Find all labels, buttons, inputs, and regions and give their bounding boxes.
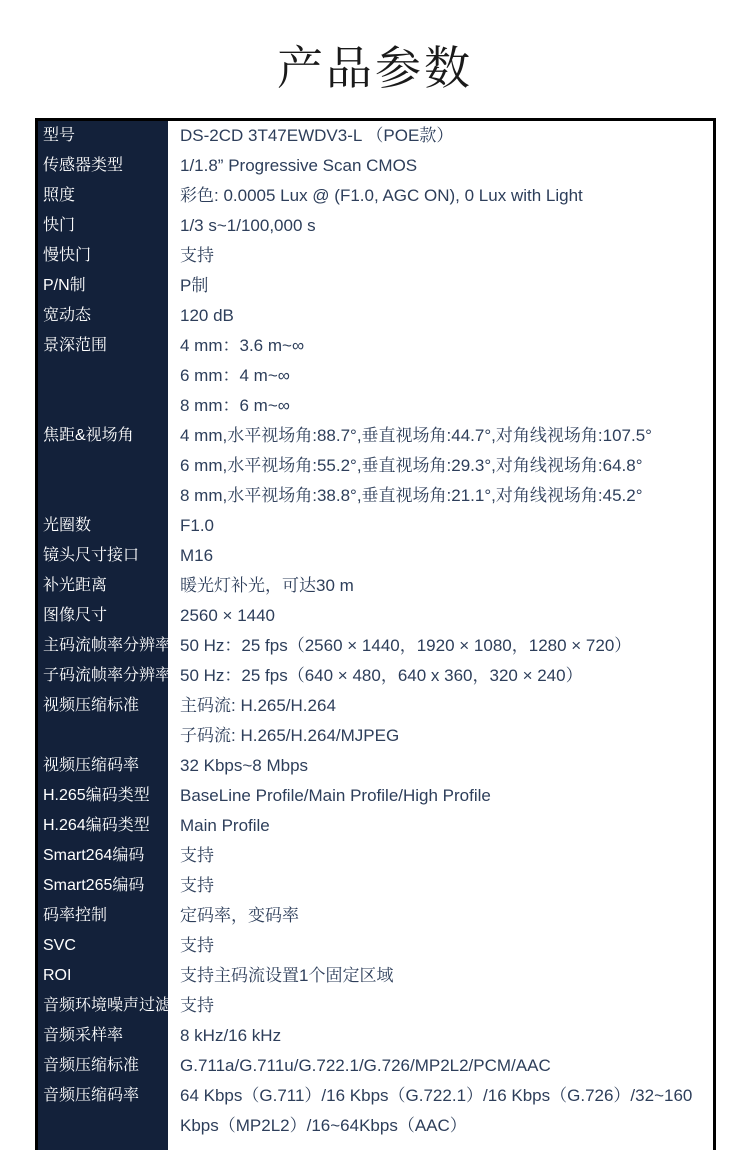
spec-value-line: 支持 <box>180 871 713 901</box>
spec-label: 补光距离 <box>38 571 168 601</box>
spec-row: 视频压缩标准主码流: H.265/H.264子码流: H.265/H.264/M… <box>38 691 713 751</box>
spec-label: 型号 <box>38 121 168 151</box>
spec-row: SVC支持 <box>38 931 713 961</box>
spec-value: 32 Kbps~8 Mbps <box>168 751 713 781</box>
spec-row: 音频压缩标准G.711a/G.711u/G.722.1/G.726/MP2L2/… <box>38 1051 713 1081</box>
spec-label: 视频压缩码率 <box>38 751 168 781</box>
spec-label: 音频压缩标准 <box>38 1051 168 1081</box>
spec-label: 照度 <box>38 181 168 211</box>
spec-row: 音频采样率8 kHz/16 kHz <box>38 1021 713 1051</box>
spec-row: 快门1/3 s~1/100,000 s <box>38 211 713 241</box>
spec-value-line: P制 <box>180 271 713 301</box>
spec-label: 焦距&视场角 <box>38 421 168 511</box>
spec-value-line: BaseLine Profile/Main Profile/High Profi… <box>180 781 713 811</box>
spec-value: G.711a/G.711u/G.722.1/G.726/MP2L2/PCM/AA… <box>168 1051 713 1081</box>
spec-value: 支持 <box>168 241 713 271</box>
spec-value-line: 暖光灯补光，可达30 m <box>180 571 713 601</box>
spec-value: 彩色: 0.0005 Lux @ (F1.0, AGC ON), 0 Lux w… <box>168 181 713 211</box>
spec-value-line: 64 Kbps（G.711）/16 Kbps（G.722.1）/16 Kbps（… <box>180 1081 713 1111</box>
spec-value-line: F1.0 <box>180 511 713 541</box>
spec-value: DS-2CD 3T47EWDV3-L （POE款） <box>168 121 713 151</box>
spec-value: 50 Hz：25 fps（2560 × 1440，1920 × 1080，128… <box>168 631 713 661</box>
spec-label: 宽动态 <box>38 301 168 331</box>
spec-label: Smart264编码 <box>38 841 168 871</box>
spec-row: 型号DS-2CD 3T47EWDV3-L （POE款） <box>38 121 713 151</box>
spec-value: 50 Hz：25 fps（640 × 480，640 x 360，320 × 2… <box>168 661 713 691</box>
spec-row: 宽动态120 dB <box>38 301 713 331</box>
spec-value-line: 支持 <box>180 991 713 1021</box>
spec-row: 补光距离暖光灯补光，可达30 m <box>38 571 713 601</box>
spec-row: 子码流帧率分辨率50 Hz：25 fps（640 × 480，640 x 360… <box>38 661 713 691</box>
spec-value: 1/1.8” Progressive Scan CMOS <box>168 151 713 181</box>
spec-label: 码率控制 <box>38 901 168 931</box>
spec-row: Smart265编码支持 <box>38 871 713 901</box>
spec-value-line: Main Profile <box>180 811 713 841</box>
spec-value: 支持 <box>168 991 713 1021</box>
spec-value-line: 支持 <box>180 841 713 871</box>
spec-value-line: DS-2CD 3T47EWDV3-L （POE款） <box>180 121 713 151</box>
spec-value-line: 50 Hz：25 fps（2560 × 1440，1920 × 1080，128… <box>180 631 713 661</box>
spec-label: 图像尺寸 <box>38 601 168 631</box>
spec-value-line: 支持 <box>180 931 713 961</box>
spec-row: 音频压缩码率64 Kbps（G.711）/16 Kbps（G.722.1）/16… <box>38 1081 713 1141</box>
spec-label: SVC <box>38 931 168 961</box>
spec-value: 4 mm,水平视场角:88.7°,垂直视场角:44.7°,对角线视场角:107.… <box>168 421 713 511</box>
spec-value: F1.0 <box>168 511 713 541</box>
spec-label: 光圈数 <box>38 511 168 541</box>
spec-value: BaseLine Profile/Main Profile/High Profi… <box>168 781 713 811</box>
spec-value-line: 4 mm：3.6 m~∞ <box>180 331 713 361</box>
spec-value-line: 支持 <box>180 241 713 271</box>
spec-value-line: 定码率，变码率 <box>180 901 713 931</box>
spec-label: 视频压缩标准 <box>38 691 168 751</box>
spec-value: M16 <box>168 541 713 571</box>
spec-value-line: 主码流: H.265/H.264 <box>180 691 713 721</box>
spec-row: 镜头尺寸接口M16 <box>38 541 713 571</box>
spec-label: 音频采样率 <box>38 1021 168 1051</box>
spec-label: 主码流帧率分辨率 <box>38 631 168 661</box>
spec-value: P制 <box>168 271 713 301</box>
spec-value: 1/3 s~1/100,000 s <box>168 211 713 241</box>
spec-value: 支持 <box>168 871 713 901</box>
spec-row: P/N制P制 <box>38 271 713 301</box>
spec-row: 码率控制定码率，变码率 <box>38 901 713 931</box>
spec-value-line: 彩色: 0.0005 Lux @ (F1.0, AGC ON), 0 Lux w… <box>180 181 713 211</box>
spec-value: 8 kHz/16 kHz <box>168 1021 713 1051</box>
spec-row: 景深范围4 mm：3.6 m~∞6 mm：4 m~∞8 mm：6 m~∞ <box>38 331 713 421</box>
spec-row: 音频环境噪声过滤支持 <box>38 991 713 1021</box>
spec-row: 焦距&视场角4 mm,水平视场角:88.7°,垂直视场角:44.7°,对角线视场… <box>38 421 713 511</box>
spec-value: 120 dB <box>168 301 713 331</box>
spec-label: 音频压缩码率 <box>38 1081 168 1141</box>
spec-label: H.265编码类型 <box>38 781 168 811</box>
spec-row: 图像尺寸2560 × 1440 <box>38 601 713 631</box>
spec-value-line: 2560 × 1440 <box>180 601 713 631</box>
spec-rows-container: 型号DS-2CD 3T47EWDV3-L （POE款）传感器类型1/1.8” P… <box>38 121 713 1141</box>
page-title: 产品参数 <box>0 40 750 96</box>
spec-row: H.264编码类型Main Profile <box>38 811 713 841</box>
spec-label: 慢快门 <box>38 241 168 271</box>
spec-value-line: 1/3 s~1/100,000 s <box>180 211 713 241</box>
spec-label: 镜头尺寸接口 <box>38 541 168 571</box>
spec-value: 2560 × 1440 <box>168 601 713 631</box>
spec-row: ROI支持主码流设置1个固定区域 <box>38 961 713 991</box>
spec-row: H.265编码类型BaseLine Profile/Main Profile/H… <box>38 781 713 811</box>
spec-value: Main Profile <box>168 811 713 841</box>
spec-row: Smart264编码支持 <box>38 841 713 871</box>
spec-value: 支持主码流设置1个固定区域 <box>168 961 713 991</box>
spec-row: 视频压缩码率32 Kbps~8 Mbps <box>38 751 713 781</box>
spec-label: Smart265编码 <box>38 871 168 901</box>
spec-label: ROI <box>38 961 168 991</box>
spec-value-line: 支持主码流设置1个固定区域 <box>180 961 713 991</box>
spec-row: 光圈数F1.0 <box>38 511 713 541</box>
spec-value-line: 子码流: H.265/H.264/MJPEG <box>180 721 713 751</box>
spec-label: H.264编码类型 <box>38 811 168 841</box>
spec-row: 传感器类型1/1.8” Progressive Scan CMOS <box>38 151 713 181</box>
spec-value-line: 6 mm,水平视场角:55.2°,垂直视场角:29.3°,对角线视场角:64.8… <box>180 451 713 481</box>
spec-label: 传感器类型 <box>38 151 168 181</box>
spec-label: 景深范围 <box>38 331 168 421</box>
spec-label: 子码流帧率分辨率 <box>38 661 168 691</box>
spec-value-line: 8 kHz/16 kHz <box>180 1021 713 1051</box>
spec-value-line: 1/1.8” Progressive Scan CMOS <box>180 151 713 181</box>
spec-row: 慢快门支持 <box>38 241 713 271</box>
spec-value-line: 32 Kbps~8 Mbps <box>180 751 713 781</box>
spec-value: 4 mm：3.6 m~∞6 mm：4 m~∞8 mm：6 m~∞ <box>168 331 713 421</box>
spec-label: 快门 <box>38 211 168 241</box>
spec-value-line: 4 mm,水平视场角:88.7°,垂直视场角:44.7°,对角线视场角:107.… <box>180 421 713 451</box>
spec-value: 主码流: H.265/H.264子码流: H.265/H.264/MJPEG <box>168 691 713 751</box>
spec-table: 型号DS-2CD 3T47EWDV3-L （POE款）传感器类型1/1.8” P… <box>35 118 716 1150</box>
spec-value: 暖光灯补光，可达30 m <box>168 571 713 601</box>
spec-value-filler <box>168 1141 713 1150</box>
spec-row: 照度彩色: 0.0005 Lux @ (F1.0, AGC ON), 0 Lux… <box>38 181 713 211</box>
spec-value-line: G.711a/G.711u/G.722.1/G.726/MP2L2/PCM/AA… <box>180 1051 713 1081</box>
spec-label-filler <box>38 1141 168 1150</box>
spec-value: 定码率，变码率 <box>168 901 713 931</box>
spec-value: 64 Kbps（G.711）/16 Kbps（G.722.1）/16 Kbps（… <box>168 1081 713 1141</box>
spec-value: 支持 <box>168 931 713 961</box>
spec-value-line: 120 dB <box>180 301 713 331</box>
spec-value-line: 8 mm,水平视场角:38.8°,垂直视场角:21.1°,对角线视场角:45.2… <box>180 481 713 511</box>
spec-label: 音频环境噪声过滤 <box>38 991 168 1021</box>
product-spec-page: 产品参数 型号DS-2CD 3T47EWDV3-L （POE款）传感器类型1/1… <box>0 0 750 1150</box>
spec-row: 主码流帧率分辨率50 Hz：25 fps（2560 × 1440，1920 × … <box>38 631 713 661</box>
spec-value-line: Kbps（MP2L2）/16~64Kbps（AAC） <box>180 1111 713 1141</box>
spec-value-line: 8 mm：6 m~∞ <box>180 391 713 421</box>
spec-value: 支持 <box>168 841 713 871</box>
spec-value-line: M16 <box>180 541 713 571</box>
spec-label: P/N制 <box>38 271 168 301</box>
spec-table-filler-row <box>38 1141 713 1150</box>
spec-value-line: 6 mm：4 m~∞ <box>180 361 713 391</box>
spec-value-line: 50 Hz：25 fps（640 × 480，640 x 360，320 × 2… <box>180 661 713 691</box>
